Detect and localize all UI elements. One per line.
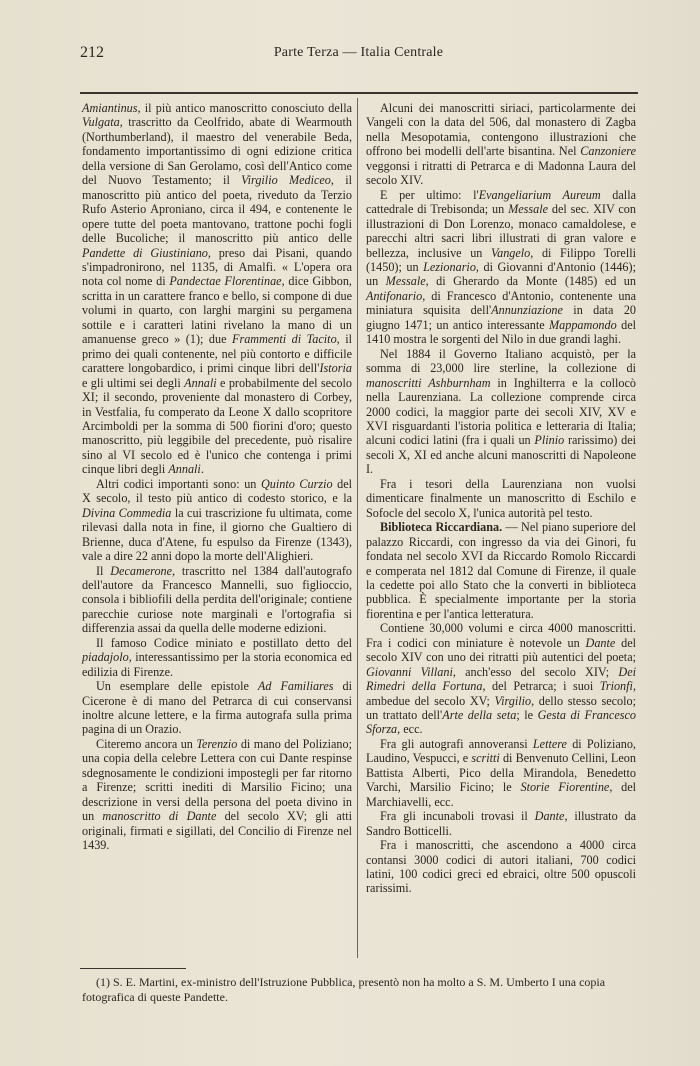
italic-text: Quinto Curzio xyxy=(261,477,333,491)
footnote-rule xyxy=(80,968,186,969)
italic-text: Vulgata xyxy=(82,115,120,129)
italic-text: Canzoniere xyxy=(580,144,636,158)
italic-text: Lettere xyxy=(533,737,567,751)
text: e gli ultimi sei degli xyxy=(82,376,184,390)
paragraph: Fra i manoscritti, che ascendono a 4000 … xyxy=(366,838,636,896)
text: , del Petrarca; i suoi xyxy=(483,679,600,693)
running-title: Parte Terza — Italia Centrale xyxy=(80,45,637,61)
italic-text: Annunziazione xyxy=(491,303,563,317)
text: Citeremo ancora un xyxy=(96,737,196,751)
text: Fra i tesori della Laurenziana non vuols… xyxy=(366,477,636,520)
text: . xyxy=(201,462,204,476)
text: Il xyxy=(96,564,110,578)
text: , di Gherardo da Monte (1485) ed un xyxy=(426,274,636,288)
paragraph: Il Decamerone, trascritto nel 1384 dall'… xyxy=(82,564,352,636)
italic-text: manoscritto di Dante xyxy=(102,809,216,823)
footnote-text: (1) S. E. Martini, ex-ministro dell'Istr… xyxy=(82,975,637,1005)
italic-text: Plinio xyxy=(534,433,564,447)
italic-text: Mappamondo xyxy=(549,318,617,332)
italic-text: Messale xyxy=(386,274,426,288)
italic-text: Amiantinus xyxy=(82,101,138,115)
paragraph: Il famoso Codice miniato e postillato de… xyxy=(82,636,352,679)
text: Un esemplare delle epistole xyxy=(96,679,258,693)
paragraph: E per ultimo: l'Evangeliarium Aureum dal… xyxy=(366,188,636,347)
italic-text: Ad Familiares xyxy=(258,679,334,693)
header-rule xyxy=(80,92,638,94)
italic-text: scritti xyxy=(471,751,499,765)
text: Fra i manoscritti, che ascendono a 4000 … xyxy=(366,838,636,895)
paragraph: Fra gli autografi annoveransi Lettere di… xyxy=(366,737,636,809)
text: veggonsi i ritratti di Petrarca e di Mad… xyxy=(366,159,636,187)
italic-text: Trionfi xyxy=(600,679,633,693)
page-header: 212 Parte Terza — Italia Centrale xyxy=(80,42,637,64)
paragraph: Nel 1884 il Governo Italiano acquistò, p… xyxy=(366,347,636,477)
paragraph: Un esemplare delle epistole Ad Familiare… xyxy=(82,679,352,737)
column-divider xyxy=(357,98,358,958)
right-column: Alcuni dei manoscritti siriaci, particol… xyxy=(366,101,636,896)
italic-text: Giovanni Villani xyxy=(366,665,453,679)
paragraph: Fra gli incunaboli trovasi il Dante, ill… xyxy=(366,809,636,838)
italic-text: Dante xyxy=(586,636,616,650)
paragraph: Fra i tesori della Laurenziana non vuols… xyxy=(366,477,636,520)
book-page: 212 Parte Terza — Italia Centrale Amiant… xyxy=(0,0,700,1066)
italic-text: Storie Fiorentine xyxy=(520,780,609,794)
italic-text: Decamerone xyxy=(110,564,172,578)
italic-text: piadajolo xyxy=(82,650,129,664)
text: — Nel piano superiore del palazzo Riccar… xyxy=(366,520,636,621)
paragraph: Biblioteca Riccardiana. — Nel piano supe… xyxy=(366,520,636,621)
text: E per ultimo: l' xyxy=(380,188,479,202)
italic-text: Annali xyxy=(184,376,217,390)
text: e probabilmente del secolo XI; il second… xyxy=(82,376,352,477)
italic-text: Evangeliarium Aureum xyxy=(479,188,601,202)
italic-text: Virgilio Mediceo xyxy=(241,173,331,187)
text: Fra gli incunaboli trovasi il xyxy=(380,809,535,823)
bold-heading: Biblioteca Riccardiana. xyxy=(380,520,502,534)
italic-text: Terenzio xyxy=(196,737,237,751)
paragraph: Alcuni dei manoscritti siriaci, particol… xyxy=(366,101,636,188)
italic-text: Dante xyxy=(535,809,565,823)
italic-text: Antifonario xyxy=(366,289,422,303)
italic-text: manoscritti Ashburnham xyxy=(366,376,491,390)
italic-text: Arte della seta xyxy=(442,708,516,722)
paragraph: Citeremo ancora un Terenzio di mano del … xyxy=(82,737,352,853)
italic-text: Frammenti di Tacito xyxy=(232,332,337,346)
text: Altri codici importanti sono: un xyxy=(96,477,261,491)
italic-text: Vangelo xyxy=(491,246,530,260)
italic-text: Istoria xyxy=(319,361,352,375)
text: Fra gli autografi annoveransi xyxy=(380,737,533,751)
text: Il famoso Codice miniato e postillato de… xyxy=(96,636,352,650)
text: , anch'esso del secolo XIV; xyxy=(453,665,619,679)
italic-text: Virgilio xyxy=(495,694,532,708)
footnote: (1) S. E. Martini, ex-ministro dell'Istr… xyxy=(82,975,637,1005)
italic-text: Messale xyxy=(508,202,548,216)
text: , ecc. xyxy=(397,722,422,736)
italic-text: Lezionario xyxy=(423,260,476,274)
italic-text: Annali xyxy=(168,462,201,476)
text: , il più antico manoscritto conosciuto d… xyxy=(138,101,352,115)
left-column: Amiantinus, il più antico manoscritto co… xyxy=(82,101,352,853)
paragraph: Altri codici importanti sono: un Quinto … xyxy=(82,477,352,564)
text: ; le xyxy=(516,708,537,722)
italic-text: Divina Commedia xyxy=(82,506,171,520)
paragraph: Amiantinus, il più antico manoscritto co… xyxy=(82,101,352,477)
italic-text: Pandette di Giustiniano xyxy=(82,246,208,260)
paragraph: Contiene 30,000 volumi e circa 4000 mano… xyxy=(366,621,636,737)
text: Nel 1884 il Governo Italiano acquistò, p… xyxy=(366,347,636,375)
italic-text: Pandectae Florentinae xyxy=(169,274,281,288)
